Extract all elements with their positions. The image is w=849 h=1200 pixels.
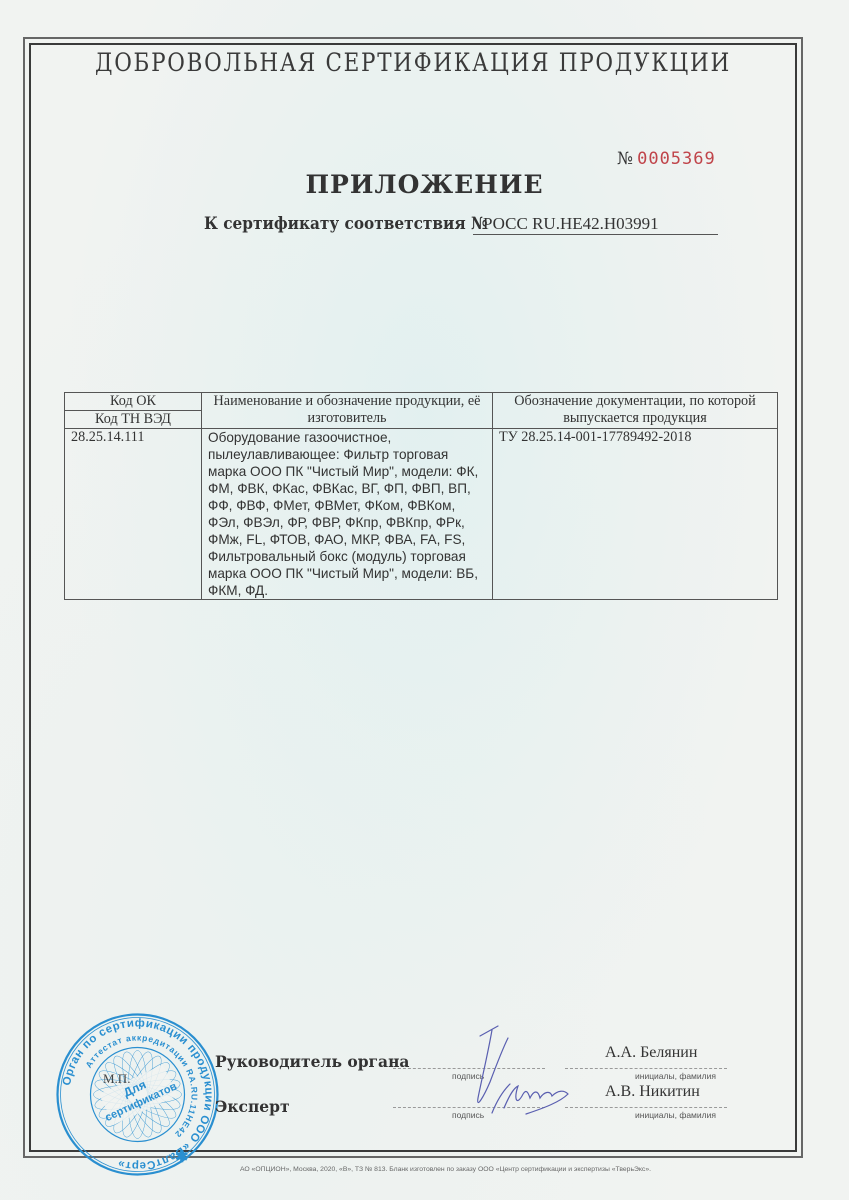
header-code-tnved: Код ТН ВЭД (65, 411, 202, 429)
form-printer-note: АО «ОПЦИОН», Москва, 2020, «В», ТЗ № 813… (240, 1166, 651, 1173)
number-sign: № (617, 149, 633, 169)
expert-label: Эксперт (215, 1097, 290, 1116)
cell-code: 28.25.14.111 (65, 429, 202, 600)
products-table: Код ОК Наименование и обозначение продук… (64, 392, 778, 600)
table-row: 28.25.14.111 Оборудование газоочистное, … (65, 429, 778, 600)
table-header-row: Код ОК Наименование и обозначение продук… (65, 393, 778, 411)
cell-documentation: ТУ 28.25.14-001-17789492-2018 (493, 429, 778, 600)
certification-stamp: Орган по сертификации продукции ООО «Бал… (55, 1012, 220, 1177)
seal-mark: М.П. (103, 1071, 130, 1087)
expert-name: А.В. Никитин (605, 1083, 700, 1101)
appendix-title: ПРИЛОЖЕНИЕ (0, 170, 849, 199)
cell-product: Оборудование газоочистное, пылеулавливаю… (202, 429, 493, 600)
head-name-caption: инициалы, фамилия (635, 1071, 716, 1081)
document-header-title: ДОБРОВОЛЬНАЯ СЕРТИФИКАЦИЯ ПРОДУКЦИИ (83, 48, 743, 77)
expert-name-caption: инициалы, фамилия (635, 1110, 716, 1120)
blank-number: №0005369 (617, 148, 716, 169)
signatures-handwriting (440, 1018, 600, 1128)
blank-number-value: 0005369 (637, 149, 716, 169)
header-code-ok: Код ОК (65, 393, 202, 411)
header-product-name: Наименование и обозначение продукции, её… (202, 393, 493, 429)
certificate-number: РОСС RU.HE42.H03991 (473, 214, 718, 235)
header-documentation: Обозначение документации, по которой вып… (493, 393, 778, 429)
head-label: Руководитель органа (215, 1052, 409, 1071)
certificate-reference-label: К сертификату соответствия № (204, 214, 488, 234)
svg-text:✱: ✱ (175, 1149, 188, 1166)
head-name: А.А. Белянин (605, 1044, 697, 1062)
